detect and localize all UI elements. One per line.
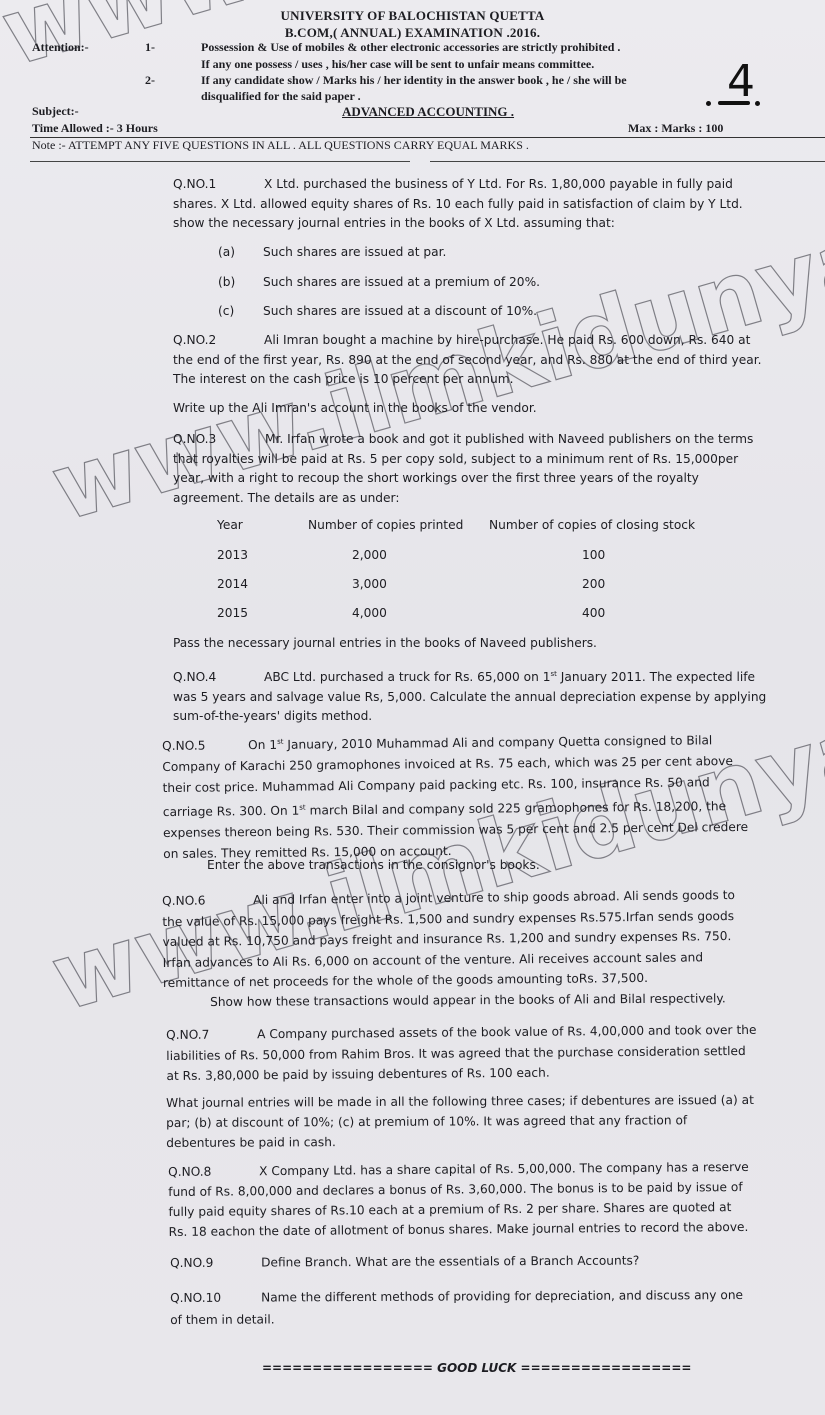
option-c: (c)Such shares are issued at a discount … — [218, 304, 537, 318]
attention-item-text: Possession & Use of mobiles & other elec… — [201, 40, 620, 55]
subject-name: ADVANCED ACCOUNTING . — [342, 104, 514, 120]
question-text: show the necessary journal entries in th… — [173, 214, 743, 234]
question-text: shares. X Ltd. allowed equity shares of … — [173, 195, 743, 215]
table-cell: 3,000 — [352, 577, 387, 591]
question-6: Q.NO.6Ali and Irfan enter into a joint v… — [162, 885, 736, 993]
table-cell: 2,000 — [352, 548, 387, 562]
question-2-instruction: Write up the Ali Imran's account in the … — [173, 399, 537, 419]
table-cell: 4,000 — [352, 606, 387, 620]
question-label: Q.NO.10 — [170, 1287, 261, 1309]
table-cell: 200 — [582, 577, 605, 591]
attention-item-text: If any candidate show / Marks his / her … — [201, 73, 627, 88]
table-header: Number of copies printed — [308, 518, 463, 532]
question-4: Q.NO.4ABC Ltd. purchased a truck for Rs.… — [173, 665, 766, 727]
divider — [430, 161, 825, 162]
question-label: Q.NO.1 — [173, 175, 264, 195]
paper-number-underline — [718, 101, 750, 105]
university-title: UNIVERSITY OF BALOCHISTAN QUETTA — [0, 8, 825, 24]
question-7-instruction: What journal entries will be made in all… — [166, 1090, 754, 1153]
question-label: Q.NO.7 — [166, 1024, 257, 1045]
question-7: Q.NO.7A Company purchased assets of the … — [166, 1020, 757, 1087]
exam-paper: UNIVERSITY OF BALOCHISTAN QUETTA B.COM,(… — [0, 0, 825, 1415]
question-label: Q.NO.9 — [170, 1254, 261, 1274]
subject-label: Subject:- — [32, 104, 79, 119]
divider — [30, 161, 410, 162]
question-label: Q.NO.6 — [162, 890, 253, 911]
attention-item-number: 1- — [145, 40, 155, 55]
good-luck-footer: ================= GOOD LUCK ============… — [262, 1361, 691, 1375]
table-cell: 2015 — [217, 606, 248, 620]
table-header: Year — [217, 518, 243, 532]
option-b: (b)Such shares are issued at a premium o… — [218, 275, 540, 289]
option-a: (a)Such shares are issued at par. — [218, 245, 446, 259]
question-label: Q.NO.3 — [173, 430, 265, 450]
decorative-dot — [755, 101, 760, 106]
exam-title: B.COM,( ANNUAL) EXAMINATION .2016. — [0, 25, 825, 41]
time-allowed: Time Allowed :- 3 Hours — [32, 121, 158, 136]
instructions-note: Note :- ATTEMPT ANY FIVE QUESTIONS IN AL… — [32, 138, 529, 153]
question-text: X Ltd. purchased the business of Y Ltd. … — [264, 177, 733, 191]
max-marks: Max : Marks : 100 — [628, 121, 723, 136]
question-label: Q.NO.2 — [173, 331, 264, 351]
question-label: Q.NO.8 — [168, 1161, 259, 1182]
question-1: Q.NO.1X Ltd. purchased the business of Y… — [173, 175, 743, 234]
question-6-instruction: Show how these transactions would appear… — [210, 989, 726, 1012]
question-5-instruction: Enter the above transactions in the cons… — [207, 856, 540, 876]
table-cell: 2013 — [217, 548, 248, 562]
attention-item-number: 2- — [145, 73, 155, 88]
attention-label: Attention:- — [32, 40, 89, 55]
paper-number: 4 — [727, 56, 755, 107]
question-5: Q.NO.5On 1st January, 2010 Muhammad Ali … — [162, 727, 748, 865]
table-cell: 400 — [582, 606, 605, 620]
decorative-dot — [706, 101, 711, 106]
question-3: Q.NO.3Mr. Irfan wrote a book and got it … — [173, 430, 753, 508]
table-cell: 2014 — [217, 577, 248, 591]
question-2: Q.NO.2Ali Imran bought a machine by hire… — [173, 331, 761, 390]
attention-item-text: disqualified for the said paper . — [201, 89, 361, 104]
question-10: Q.NO.10Name the different methods of pro… — [170, 1284, 743, 1331]
table-header: Number of copies of closing stock — [489, 518, 695, 532]
question-3-instruction: Pass the necessary journal entries in th… — [173, 634, 597, 654]
question-label: Q.NO.5 — [162, 735, 248, 757]
question-9: Q.NO.9Define Branch. What are the essent… — [170, 1252, 639, 1274]
question-label: Q.NO.4 — [173, 668, 264, 688]
attention-item-text: If any one possess / uses , his/her case… — [201, 57, 594, 72]
table-cell: 100 — [582, 548, 605, 562]
question-8: Q.NO.8X Company Ltd. has a share capital… — [168, 1157, 749, 1242]
